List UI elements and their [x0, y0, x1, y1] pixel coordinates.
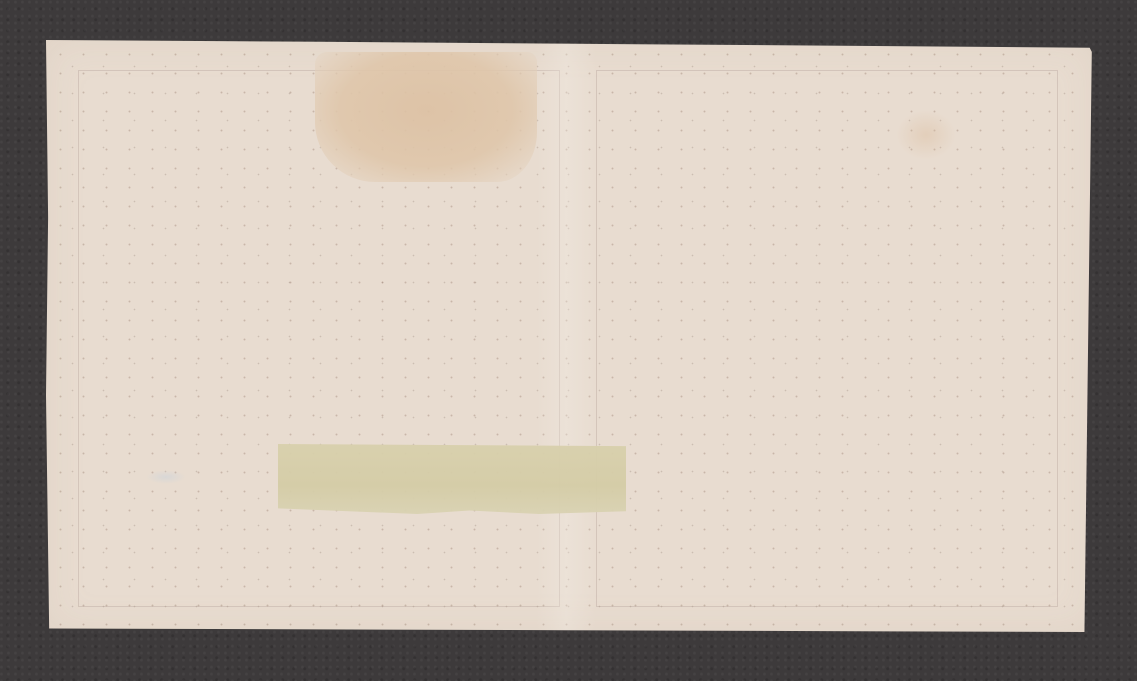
center-gutter — [536, 40, 596, 632]
stamp-pair-back — [46, 40, 1096, 632]
paper-fleck — [146, 470, 186, 484]
dark-background — [0, 0, 1137, 681]
tape-remnant — [278, 444, 626, 514]
right-stamp-frame-showthrough — [596, 70, 1058, 607]
hinge-residue-stain — [315, 52, 537, 182]
faint-stain — [896, 110, 956, 160]
